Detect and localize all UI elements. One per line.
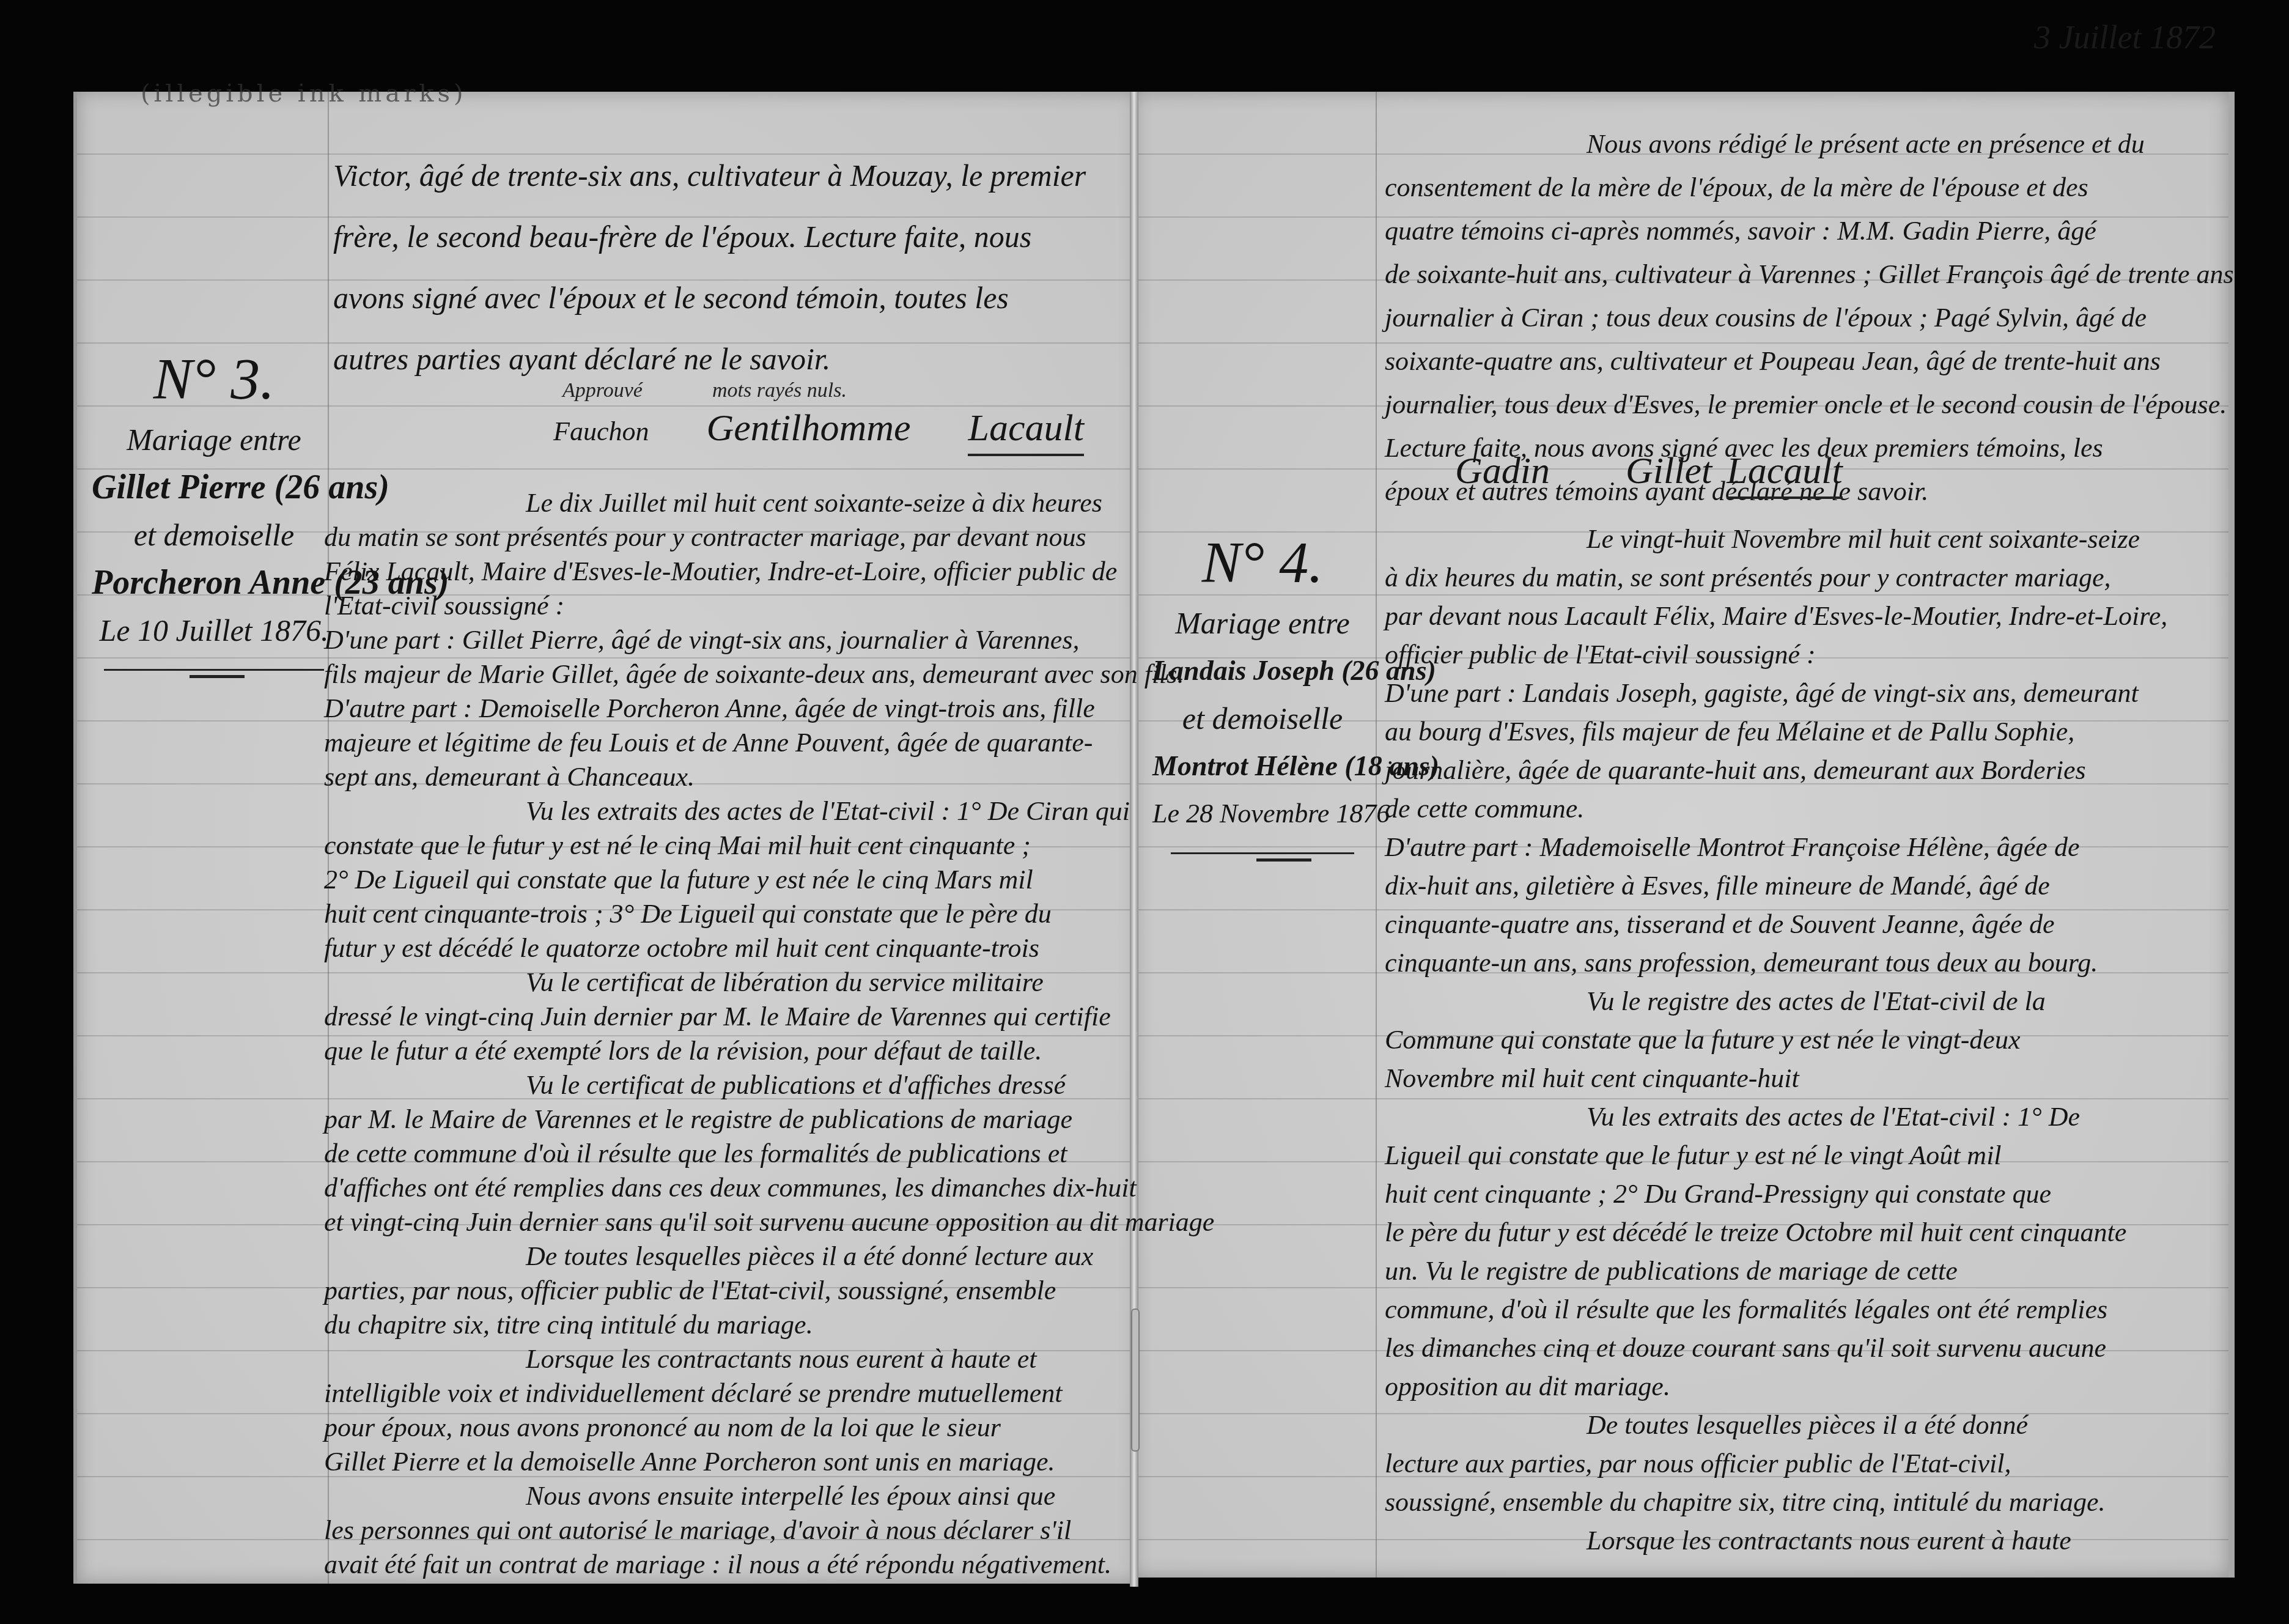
handwritten-line: de cette commune. [1385, 789, 2167, 828]
folio-note: 3 Juillet 1872 [2034, 18, 2216, 56]
handwritten-line: intelligible voix et individuellement dé… [324, 1376, 1214, 1411]
handwritten-line: Lorsque les contractants nous eurent à h… [1385, 1521, 2167, 1560]
handwritten-line: Félix Lacault, Maire d'Esves-le-Moutier,… [324, 555, 1214, 589]
handwritten-line: Lorsque les contractants nous eurent à h… [324, 1342, 1214, 1376]
margin-line: et demoiselle [1152, 695, 1373, 742]
handwritten-line: d'affiches ont été remplies dans ces deu… [324, 1171, 1214, 1205]
handwritten-line: l'Etat-civil soussigné : [324, 589, 1214, 623]
handwritten-line: huit cent cinquante ; 2° Du Grand-Pressi… [1385, 1175, 2167, 1213]
handwritten-line: commune, d'où il résulte que les formali… [1385, 1290, 2167, 1329]
handwritten-line: De toutes lesquelles pièces il a été don… [324, 1239, 1214, 1274]
handwritten-line: majeure et légitime de feu Louis et de A… [324, 726, 1214, 760]
handwritten-line: par M. le Maire de Varennes et le regist… [324, 1102, 1214, 1137]
groom-name: Gillet Pierre (26 ans) [92, 463, 336, 511]
signature: Gillet [1626, 449, 1712, 493]
handwritten-line: Vu le certificat de libération du servic… [324, 965, 1214, 1000]
right-act-text: Le vingt-huit Novembre mil huit cent soi… [1385, 520, 2167, 1560]
left-approval-notes: Approuvé mots rayés nuls. [562, 379, 847, 402]
margin-note-act-4: N° 4. Mariage entre Landais Joseph (26 a… [1152, 526, 1373, 854]
handwritten-line: Victor, âgé de trente-six ans, cultivate… [333, 144, 1086, 205]
handwritten-line: avons signé avec l'époux et le second té… [333, 266, 1086, 327]
act-date: Le 10 Juillet 1876. [92, 607, 336, 654]
handwritten-line: du chapitre six, titre cinq intitulé du … [324, 1308, 1214, 1342]
signature: Lacault [968, 407, 1083, 456]
handwritten-line: fils majeur de Marie Gillet, âgée de soi… [324, 657, 1214, 692]
handwritten-line: D'autre part : Demoiselle Porcheron Anne… [324, 692, 1214, 726]
bride-name: Porcheron Anne (23 ans) [92, 559, 336, 607]
margin-line: et demoiselle [92, 511, 336, 559]
right-signatures: Gadin Gillet Lacault [1455, 449, 1898, 499]
handwritten-line: de cette commune d'où il résulte que les… [324, 1137, 1214, 1171]
margin-line: Mariage entre [92, 416, 336, 463]
handwritten-line: Commune qui constate que la future y est… [1385, 1021, 2167, 1059]
handwritten-line: officier public de l'Etat-civil soussign… [1385, 635, 2167, 674]
handwritten-line: Nous avons rédigé le présent acte en pré… [1385, 122, 2234, 166]
handwritten-line: D'autre part : Mademoiselle Montrot Fran… [1385, 828, 2167, 866]
handwritten-line: parties, par nous, officier public de l'… [324, 1274, 1214, 1308]
handwritten-line: futur y est décédé le quatorze octobre m… [324, 931, 1214, 965]
handwritten-line: le père du futur y est décédé le treize … [1385, 1213, 2167, 1252]
handwritten-line: Novembre mil huit cent cinquante-huit [1385, 1059, 2167, 1098]
act-number: N° 3. [92, 342, 336, 416]
handwritten-line: un. Vu le registre de publications de ma… [1385, 1252, 2167, 1290]
handwritten-line: les dimanches cinq et douze courant sans… [1385, 1329, 2167, 1367]
handwritten-line: pour époux, nous avons prononcé au nom d… [324, 1411, 1214, 1445]
handwritten-line: par devant nous Lacault Félix, Maire d'E… [1385, 597, 2167, 635]
groom-name: Landais Joseph (26 ans) [1152, 647, 1373, 695]
handwritten-line: Vu le registre des actes de l'Etat-civil… [1385, 982, 2167, 1021]
handwritten-line: quatre témoins ci-après nommés, savoir :… [1385, 209, 2234, 253]
handwritten-line: et vingt-cinq Juin dernier sans qu'il so… [324, 1205, 1214, 1239]
handwritten-line: constate que le futur y est né le cinq M… [324, 829, 1214, 863]
ink-stamp: (illegible ink marks) [141, 79, 467, 108]
left-continuation-text: Victor, âgé de trente-six ans, cultivate… [333, 144, 1086, 388]
signature: Lacault [1727, 449, 1842, 499]
handwritten-line: sept ans, demeurant à Chanceaux. [324, 760, 1214, 794]
handwritten-line: D'une part : Gillet Pierre, âgé de vingt… [324, 623, 1214, 657]
handwritten-line: journalier à Ciran ; tous deux cousins d… [1385, 296, 2234, 339]
signature: Gadin [1455, 449, 1550, 493]
handwritten-line: lecture aux parties, par nous officier p… [1385, 1444, 2167, 1483]
signature: Fauchon [553, 416, 649, 447]
handwritten-line: huit cent cinquante-trois ; 3° De Liguei… [324, 897, 1214, 931]
handwritten-line: frère, le second beau-frère de l'époux. … [333, 205, 1086, 266]
margin-rule [1376, 92, 1377, 1578]
handwritten-line: De toutes lesquelles pièces il a été don… [1385, 1406, 2167, 1444]
handwritten-line: 2° De Ligueil qui constate que la future… [324, 863, 1214, 897]
approval-note: mots rayés nuls. [712, 379, 847, 402]
handwritten-line: Nous avons ensuite interpellé les époux … [324, 1479, 1214, 1513]
act-number: N° 4. [1152, 526, 1373, 599]
signature: Gentilhomme [706, 407, 910, 450]
divider [104, 669, 324, 671]
handwritten-line: cinquante-quatre ans, tisserand et de So… [1385, 905, 2167, 943]
bride-name: Montrot Hélène (18 ans) [1152, 742, 1373, 790]
handwritten-line: les personnes qui ont autorisé le mariag… [324, 1513, 1214, 1548]
act-date: Le 28 Novembre 1876 [1152, 790, 1373, 838]
approval-note: Approuvé [562, 379, 643, 402]
handwritten-line: Vu les extraits des actes de l'Etat-civi… [1385, 1098, 2167, 1136]
handwritten-line: Vu les extraits des actes de l'Etat-civi… [324, 794, 1214, 829]
left-signatures: Fauchon Gentilhomme Lacault [553, 407, 1139, 456]
handwritten-line: D'une part : Landais Joseph, gagiste, âg… [1385, 674, 2167, 712]
handwritten-line: dix-huit ans, giletière à Esves, fille m… [1385, 866, 2167, 905]
handwritten-line: opposition au dit mariage. [1385, 1367, 2167, 1406]
handwritten-line: Le vingt-huit Novembre mil huit cent soi… [1385, 520, 2167, 558]
left-act-text: Le dix Juillet mil huit cent soixante-se… [324, 486, 1214, 1582]
handwritten-line: que le futur a été exempté lors de la ré… [324, 1034, 1214, 1068]
handwritten-line: du matin se sont présentés pour y contra… [324, 520, 1214, 555]
handwritten-line: de soixante-huit ans, cultivateur à Vare… [1385, 253, 2234, 296]
handwritten-line: journalière, âgée de quarante-huit ans, … [1385, 751, 2167, 789]
handwritten-line: Le dix Juillet mil huit cent soixante-se… [324, 486, 1214, 520]
handwritten-line: à dix heures du matin, se sont présentés… [1385, 558, 2167, 597]
handwritten-line: journalier, tous deux d'Esves, le premie… [1385, 383, 2234, 426]
divider [1171, 852, 1354, 854]
handwritten-line: Gillet Pierre et la demoiselle Anne Porc… [324, 1445, 1214, 1479]
handwritten-line: Ligueil qui constate que le futur y est … [1385, 1136, 2167, 1175]
margin-note-act-3: N° 3. Mariage entre Gillet Pierre (26 an… [92, 342, 336, 671]
handwritten-line: soixante-quatre ans, cultivateur et Poup… [1385, 339, 2234, 383]
handwritten-line: consentement de la mère de l'époux, de l… [1385, 166, 2234, 209]
handwritten-line: Vu le certificat de publications et d'af… [324, 1068, 1214, 1102]
handwritten-line: dressé le vingt-cinq Juin dernier par M.… [324, 1000, 1214, 1034]
handwritten-line: soussigné, ensemble du chapitre six, tit… [1385, 1483, 2167, 1521]
margin-line: Mariage entre [1152, 599, 1373, 647]
handwritten-line: cinquante-un ans, sans profession, demeu… [1385, 943, 2167, 982]
handwritten-line: avait été fait un contrat de mariage : i… [324, 1548, 1214, 1582]
handwritten-line: au bourg d'Esves, fils majeur de feu Mél… [1385, 712, 2167, 751]
